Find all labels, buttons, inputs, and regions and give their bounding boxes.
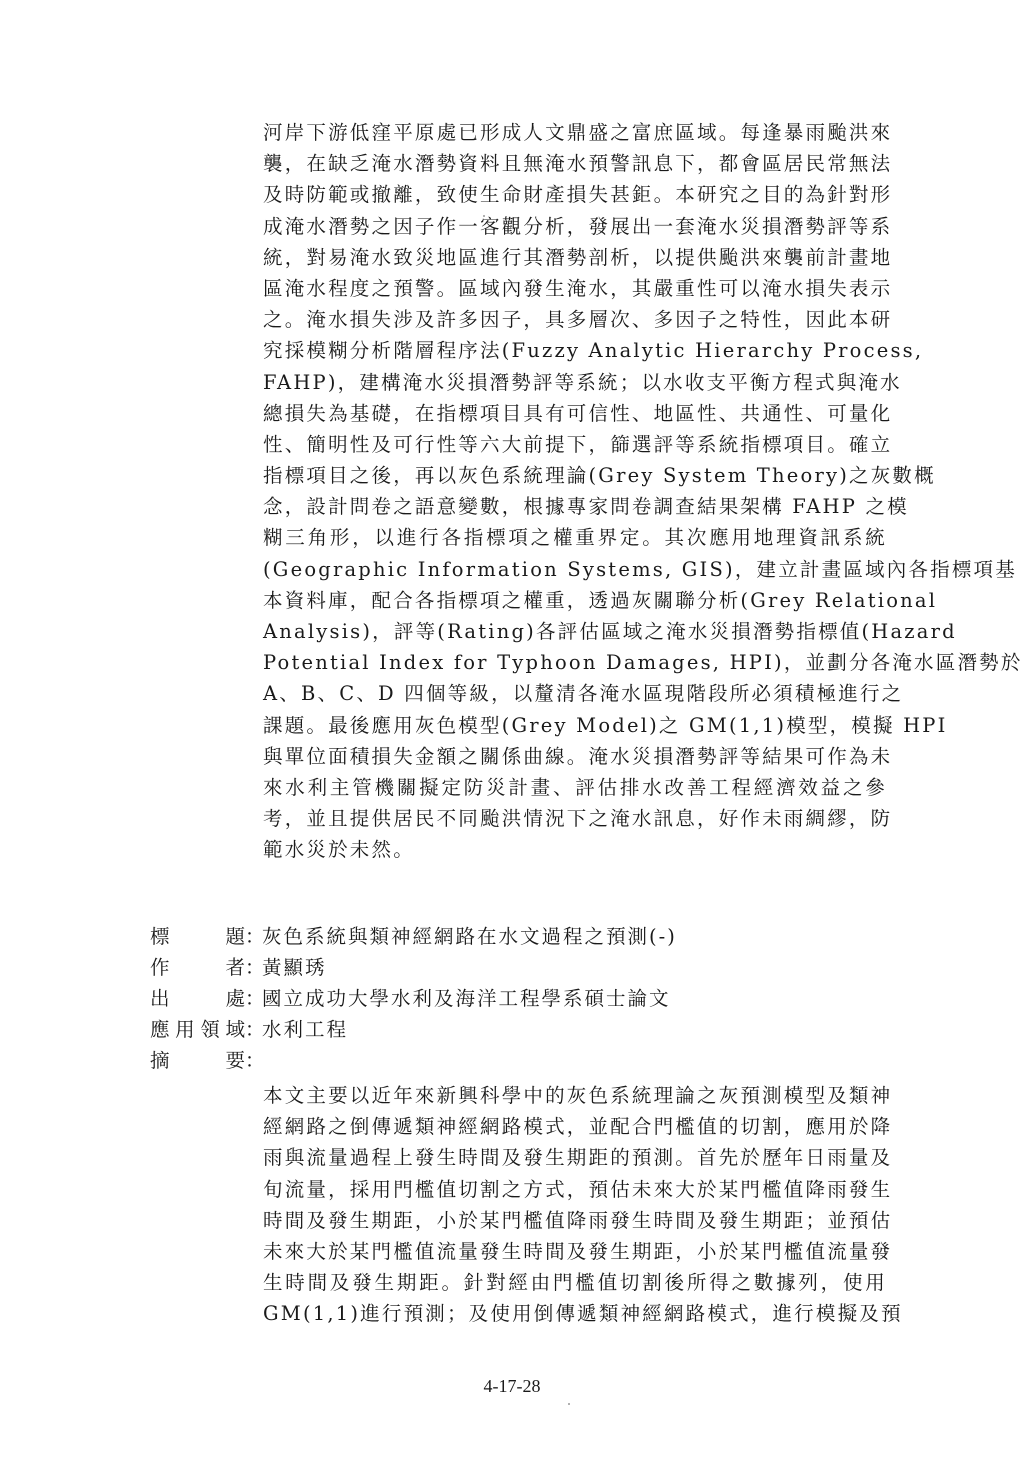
abstract-line: 未來大於某門檻值流量發生時間及發生期距，小於某門檻值流量發 [263, 1236, 887, 1267]
paragraph-line: (Geographic Information Systems, GIS)，建立… [263, 554, 887, 585]
metadata-colon: ： [245, 1014, 262, 1045]
metadata-label-char: 要 [225, 1045, 245, 1076]
metadata-label-char: 者 [225, 952, 245, 983]
metadata-value: 國立成功大學水利及海洋工程學系碩士論文 [262, 983, 671, 1014]
metadata-label: 作者 [150, 952, 245, 983]
document-page: 河岸下游低窪平原處已形成人文鼎盛之富庶區域。每逢暴雨颱洪來襲，在缺乏淹水潛勢資料… [0, 0, 1024, 1473]
scan-speck [483, 215, 485, 217]
paragraph-line: 性、簡明性及可行性等六大前提下，篩選評等系統指標項目。確立 [263, 429, 887, 460]
abstract-line: GM(1,1)進行預測；及使用倒傳遞類神經網路模式，進行模擬及預 [263, 1298, 887, 1329]
paragraph-line: 統，對易淹水致災地區進行其潛勢剖析，以提供颱洪來襲前計畫地 [263, 242, 887, 273]
abstract-continued-paragraph: 河岸下游低窪平原處已形成人文鼎盛之富庶區域。每逢暴雨颱洪來襲，在缺乏淹水潛勢資料… [263, 117, 887, 866]
metadata-label-char: 用 [175, 1014, 195, 1045]
paragraph-line: 指標項目之後，再以灰色系統理論(Grey System Theory)之灰數概 [263, 460, 887, 491]
metadata-label-char: 出 [150, 983, 170, 1014]
paragraph-line: 成淹水潛勢之因子作一客觀分析，發展出一套淹水災損潛勢評等系 [263, 211, 887, 242]
metadata-label: 應用領域 [150, 1014, 245, 1045]
metadata-row: 應用領域：水利工程 [150, 1014, 890, 1045]
metadata-row: 標題：灰色系統與類神經網路在水文過程之預測(-) [150, 921, 890, 952]
page-number: 4-17-28 [0, 1376, 1024, 1397]
paragraph-line: 河岸下游低窪平原處已形成人文鼎盛之富庶區域。每逢暴雨颱洪來 [263, 117, 887, 148]
paragraph-line: 範水災於未然。 [263, 834, 887, 865]
scan-speck [568, 1403, 570, 1405]
metadata-label: 出處 [150, 983, 245, 1014]
abstract-line: 經網路之倒傳遞類神經網路模式，並配合門檻值的切割，應用於降 [263, 1111, 887, 1142]
metadata-colon: ： [245, 1045, 262, 1076]
metadata-label: 摘要 [150, 1045, 245, 1076]
abstract-line: 雨與流量過程上發生時間及發生期距的預測。首先於歷年日雨量及 [263, 1142, 887, 1173]
abstract-line: 時間及發生期距，小於某門檻值降雨發生時間及發生期距；並預估 [263, 1205, 887, 1236]
paragraph-line: 本資料庫，配合各指標項之權重，透過灰關聯分析(Grey Relational [263, 585, 887, 616]
metadata-label-char: 摘 [150, 1045, 170, 1076]
metadata-colon: ： [245, 952, 262, 983]
metadata-colon: ： [245, 983, 262, 1014]
paragraph-line: 區淹水程度之預警。區域內發生淹水，其嚴重性可以淹水損失表示 [263, 273, 887, 304]
paragraph-line: 之。淹水損失涉及許多因子，具多層次、多因子之特性，因此本研 [263, 304, 887, 335]
metadata-label-char: 領 [200, 1014, 220, 1045]
paragraph-line: 與單位面積損失金額之關係曲線。淹水災損潛勢評等結果可作為未 [263, 741, 887, 772]
abstract-line: 本文主要以近年來新興科學中的灰色系統理論之灰預測模型及類神 [263, 1080, 887, 1111]
metadata-row: 摘要： [150, 1045, 890, 1076]
entry-metadata: 標題：灰色系統與類神經網路在水文過程之預測(-)作者：黃顯琇出處：國立成功大學水… [150, 921, 890, 1076]
paragraph-line: A、B、C、D 四個等級，以釐清各淹水區現階段所必須積極進行之 [263, 678, 887, 709]
paragraph-line: 糊三角形，以進行各指標項之權重界定。其次應用地理資訊系統 [263, 522, 887, 553]
metadata-label-char: 作 [150, 952, 170, 983]
paragraph-line: Potential Index for Typhoon Damages, HPI… [263, 647, 887, 678]
paragraph-line: 襲，在缺乏淹水潛勢資料且無淹水預警訊息下，都會區居民常無法 [263, 148, 887, 179]
metadata-label-char: 域 [225, 1014, 245, 1045]
paragraph-line: 及時防範或撤離，致使生命財產損失甚鉅。本研究之目的為針對形 [263, 179, 887, 210]
paragraph-line: 考，並且提供居民不同颱洪情況下之淹水訊息，好作未雨綢繆，防 [263, 803, 887, 834]
paragraph-line: Analysis)，評等(Rating)各評估區域之淹水災損潛勢指標值(Haza… [263, 616, 887, 647]
paragraph-line: 來水利主管機關擬定防災計畫、評估排水改善工程經濟效益之參 [263, 772, 887, 803]
abstract-line: 生時間及發生期距。針對經由門檻值切割後所得之數據列，使用 [263, 1267, 887, 1298]
metadata-label-char: 題 [225, 921, 245, 952]
metadata-value: 水利工程 [262, 1014, 348, 1045]
paragraph-line: 究採模糊分析階層程序法(Fuzzy Analytic Hierarchy Pro… [263, 335, 887, 366]
metadata-label-char: 標 [150, 921, 170, 952]
paragraph-line: FAHP)，建構淹水災損潛勢評等系統；以水收支平衡方程式與淹水 [263, 367, 887, 398]
paragraph-line: 總損失為基礎，在指標項目具有可信性、地區性、共通性、可量化 [263, 398, 887, 429]
metadata-value: 黃顯琇 [262, 952, 327, 983]
metadata-label: 標題 [150, 921, 245, 952]
entry-abstract-paragraph: 本文主要以近年來新興科學中的灰色系統理論之灰預測模型及類神經網路之倒傳遞類神經網… [263, 1080, 887, 1330]
metadata-row: 作者：黃顯琇 [150, 952, 890, 983]
metadata-label-char: 應 [150, 1014, 170, 1045]
metadata-value: 灰色系統與類神經網路在水文過程之預測(-) [262, 921, 677, 952]
metadata-colon: ： [245, 921, 262, 952]
paragraph-line: 課題。最後應用灰色模型(Grey Model)之 GM(1,1)模型，模擬 HP… [263, 710, 887, 741]
paragraph-line: 念，設計問卷之語意變數，根據專家問卷調查結果架構 FAHP 之模 [263, 491, 887, 522]
metadata-row: 出處：國立成功大學水利及海洋工程學系碩士論文 [150, 983, 890, 1014]
metadata-label-char: 處 [225, 983, 245, 1014]
abstract-line: 旬流量，採用門檻值切割之方式，預估未來大於某門檻值降雨發生 [263, 1174, 887, 1205]
